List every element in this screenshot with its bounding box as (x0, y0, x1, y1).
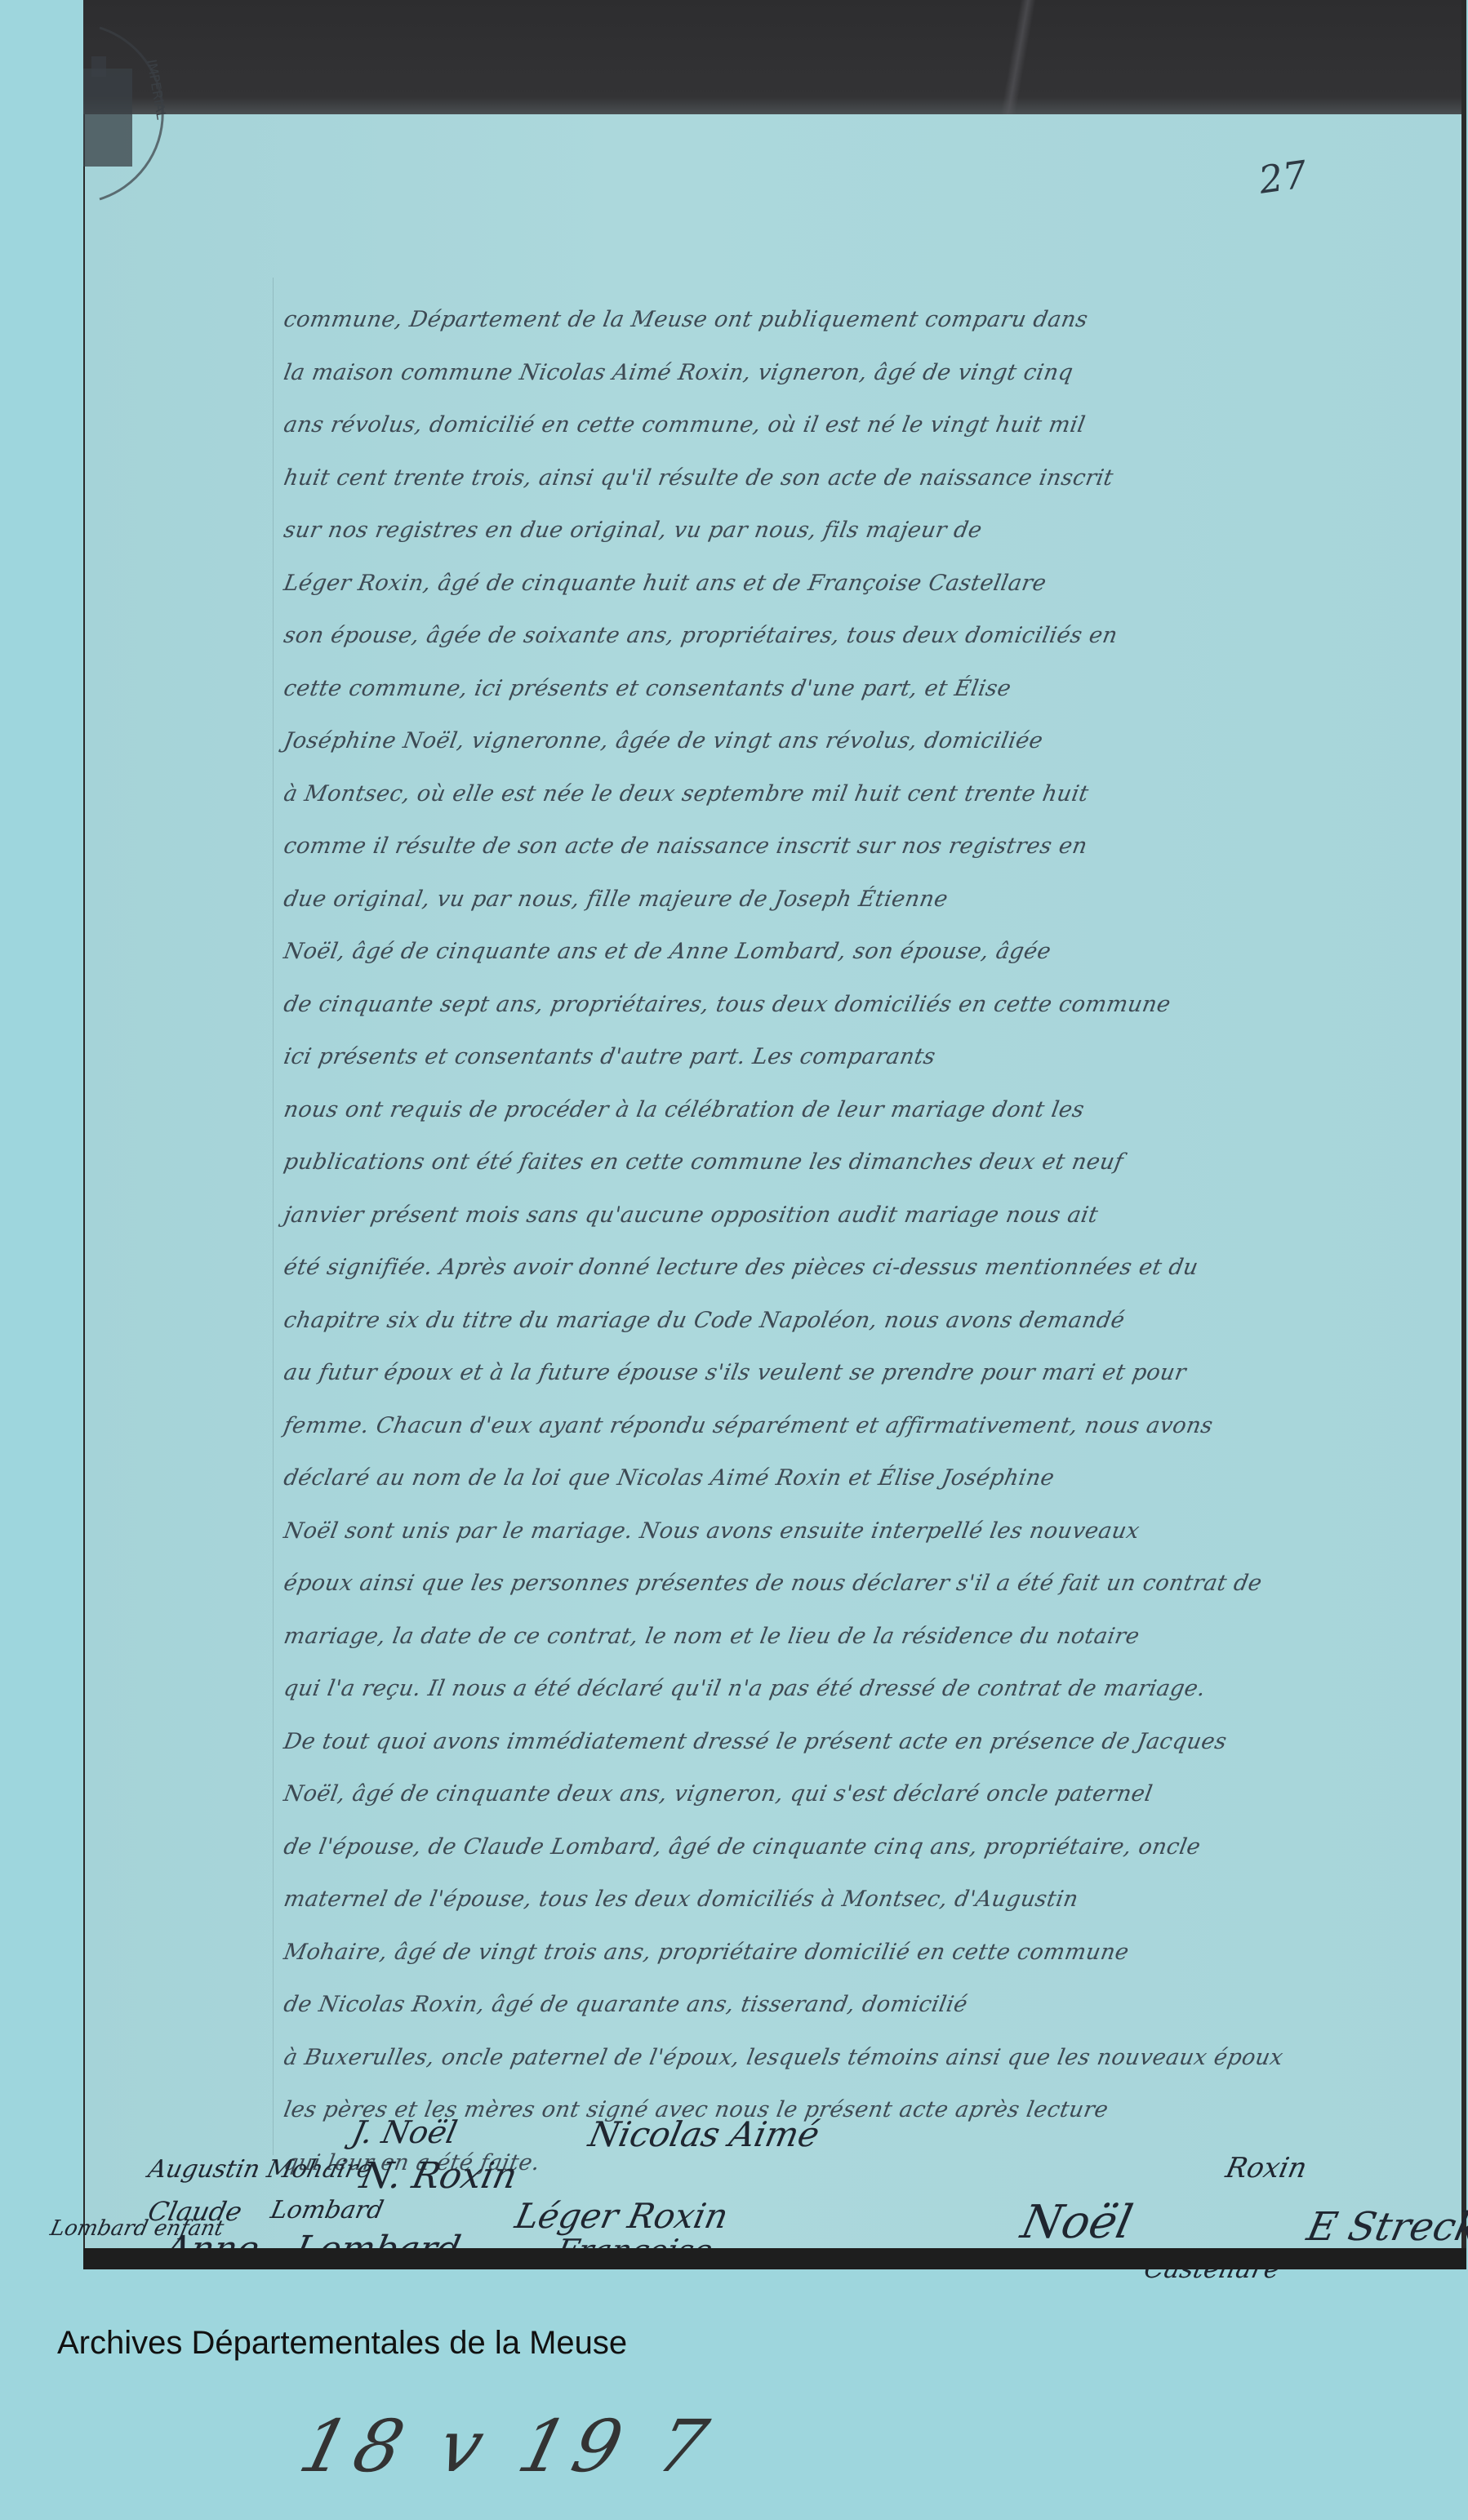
text-line: due original, vu par nous, fille majeure… (279, 873, 1468, 927)
signature: Augustin Mohaire (145, 2155, 375, 2184)
signature: Nicolas Aimé (585, 2114, 823, 2154)
text-line: Léger Roxin, âgé de cinquante huit ans e… (279, 558, 1468, 611)
text-line: Noël sont unis par le mariage. Nous avon… (279, 1505, 1468, 1558)
text-line: maternel de l'épouse, tous les deux domi… (279, 1873, 1468, 1927)
handwritten-act-body: commune, Département de la Meuse ont pub… (279, 294, 1468, 2189)
text-line: commune, Département de la Meuse ont pub… (279, 294, 1468, 347)
text-line: comme il résulte de son acte de naissanc… (279, 820, 1468, 873)
signatures-block: J. NoëlNicolas AiméAugustin MohaireN. Ro… (83, 2114, 1466, 2253)
signature: Noël (1016, 2196, 1137, 2249)
text-line: la maison commune Nicolas Aimé Roxin, vi… (279, 347, 1468, 400)
handwritten-reference: 18 v 19 7 (291, 2404, 723, 2488)
text-line: Mohaire, âgé de vingt trois ans, proprié… (279, 1927, 1468, 1980)
text-line: de Nicolas Roxin, âgé de quarante ans, t… (279, 1979, 1468, 2032)
text-line: mariage, la date de ce contrat, le nom e… (279, 1611, 1468, 1664)
text-line: Noël, âgé de cinquante ans et de Anne Lo… (279, 926, 1468, 979)
text-line: son épouse, âgée de soixante ans, propri… (279, 610, 1468, 663)
dark-top-band (83, 0, 1466, 114)
text-line: de cinquante sept ans, propriétaires, to… (279, 979, 1468, 1032)
signature: Léger Roxin (512, 2196, 732, 2236)
text-line: femme. Chacun d'eux ayant répondu séparé… (279, 1400, 1468, 1453)
margin-rule (273, 278, 274, 2155)
text-line: qui l'a reçu. Il nous a été déclaré qu'i… (279, 1663, 1468, 1716)
text-line: huit cent trente trois, ainsi qu'il résu… (279, 452, 1468, 505)
text-line: à Montsec, où elle est née le deux septe… (279, 768, 1468, 821)
text-line: de l'épouse, de Claude Lombard, âgé de c… (279, 1821, 1468, 1874)
text-line: ici présents et consentants d'autre part… (279, 1031, 1468, 1084)
signature: Roxin (1223, 2152, 1310, 2184)
dark-bottom-band (83, 2248, 1466, 2269)
archive-caption: Archives Départementales de la Meuse (57, 2325, 627, 2362)
text-line: au futur époux et à la future épouse s'i… (279, 1347, 1468, 1400)
text-line: Noël, âgé de cinquante deux ans, vignero… (279, 1768, 1468, 1821)
text-line: ans révolus, domicilié en cette commune,… (279, 399, 1468, 452)
text-line: De tout quoi avons immédiatement dressé … (279, 1716, 1468, 1769)
signature: E Streck (1303, 2204, 1468, 2250)
signature: N. Roxin (357, 2155, 521, 2197)
text-line: époux ainsi que les personnes présentes … (279, 1558, 1468, 1611)
folio-number: 27 (1257, 152, 1310, 202)
document-photo: IMPERIAL 27 commune, Département de la M… (83, 0, 1466, 2269)
text-line: publications ont été faites en cette com… (279, 1136, 1468, 1189)
text-line: Joséphine Noël, vigneronne, âgée de ving… (279, 715, 1468, 768)
text-line: été signifiée. Après avoir donné lecture… (279, 1242, 1468, 1295)
text-line: cette commune, ici présents et consentan… (279, 663, 1468, 716)
text-line: déclaré au nom de la loi que Nicolas Aim… (279, 1452, 1468, 1505)
margin-note: Lombard enfant (48, 2216, 226, 2241)
text-line: à Buxerulles, oncle paternel de l'époux,… (279, 2032, 1468, 2085)
text-line: nous ont requis de procéder à la célébra… (279, 1084, 1468, 1137)
svg-text:IMPERIAL: IMPERIAL (144, 58, 170, 120)
signature: Lombard (268, 2196, 386, 2224)
text-line: chapitre six du titre du mariage du Code… (279, 1295, 1468, 1348)
signature: J. Noël (349, 2114, 460, 2150)
text-line: janvier présent mois sans qu'aucune oppo… (279, 1189, 1468, 1242)
text-line: sur nos registres en due original, vu pa… (279, 504, 1468, 558)
imperial-seal-icon: IMPERIAL (83, 20, 181, 207)
